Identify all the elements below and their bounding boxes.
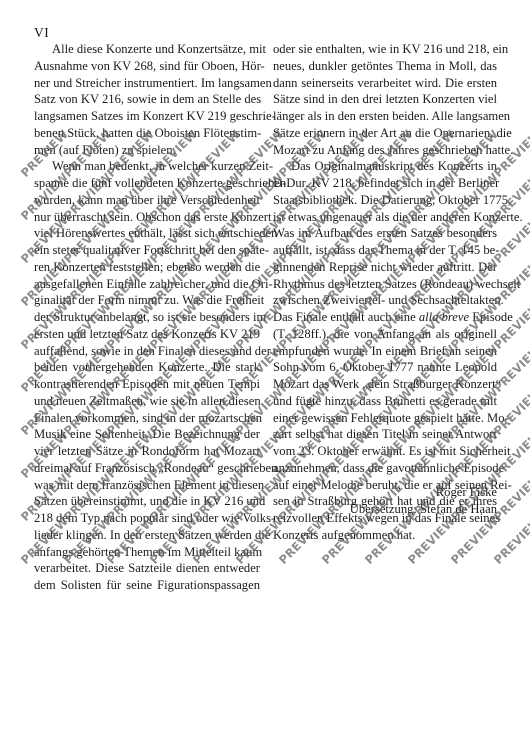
text-line: und fügte hinzu, dass Brunetti es gerade… <box>273 393 497 410</box>
text-line: spanne die fünf vollendeten Konzerte ges… <box>34 175 260 192</box>
text-line: der Struktur anbelangt, so ist sie beson… <box>34 309 260 326</box>
text-line: vier letzten Sätze in Rondoform hat Moza… <box>34 443 260 460</box>
text-line: 218 dem Typ nach populär sind oder wie V… <box>34 510 260 527</box>
text-line: und neuen Zeitmaßen, wie sie in allen di… <box>34 393 260 410</box>
text-line: Das Finale enthält auch eine alla breve … <box>273 309 497 326</box>
text-line: men (auf Flöten) zu spielen. <box>34 142 260 159</box>
text-line: Staatsbibliothek. Die Datierung, Oktober… <box>273 192 497 209</box>
text-line: nur überrascht sein. Obschon das erste K… <box>34 209 260 226</box>
text-line: Konzerts aufgenommen hat. <box>273 527 497 544</box>
text-line: Sohn vom 6. Oktober 1777 nannte Leopold <box>273 359 497 376</box>
text-line: Satz von KV 216, sowie in dem an Stelle … <box>34 91 260 108</box>
text-line: neues, dunkler getöntes Thema in Moll, d… <box>273 58 497 75</box>
text-line: anzunehmen, dass die gavottähnliche Epis… <box>273 460 497 477</box>
left-column: Alle diese Konzerte und Konzertsätze, mi… <box>34 41 260 594</box>
text-line: dem Solisten für seine Figurationspassag… <box>34 577 260 594</box>
page-number: VI <box>34 24 49 41</box>
text-line: beiden vorhergehenden Konzerte. Die star… <box>34 359 260 376</box>
text-line: dann seinerseits verarbeitet wird. Die e… <box>273 75 497 92</box>
text-line: D-Dur, KV 218, befindet sich in der Berl… <box>273 175 497 192</box>
text-line: Sätzen übereinstimmt, und die in KV 216 … <box>34 493 260 510</box>
text-line: ausgefallenen Einfälle zahlreicher, und … <box>34 276 260 293</box>
text-line: ersten und letzten Satz des Konzerts KV … <box>34 326 260 343</box>
text-line: Musik eine Seltenheit. Die Bezeichnung d… <box>34 426 260 443</box>
text-line: Wenn man bedenkt, in welcher kurzen Zeit… <box>34 158 260 175</box>
text-line: Was im Aufbau des ersten Satzes besonder… <box>273 225 497 242</box>
text-line: wurden, kann man über ihre Verschiedenhe… <box>34 192 260 209</box>
text-line: vom 23. Oktober erwähnt. Es ist mit Sich… <box>273 443 497 460</box>
text-line: Rhythmus des letzten Satzes (Rondeau) we… <box>273 276 497 293</box>
signature-block: Roger Fiske Übersetzung: Stefan de Haan <box>350 484 497 518</box>
text-line: (T. 128ff.), die von Anfang an als origi… <box>273 326 497 343</box>
text-line: lieder klingen. In den ersten Sätzen wer… <box>34 527 260 544</box>
text-line: Mozart das Werk „dein Straßburger Konzer… <box>273 376 497 393</box>
text-segment: Episode <box>469 310 513 324</box>
text-line: Sätze erinnern in der Art an die Opernar… <box>273 125 497 142</box>
text-line: ein steter qualitativer Fortschritt bei … <box>34 242 260 259</box>
text-line: langsamen Satzes im Konzert KV 219 gesch… <box>34 108 260 125</box>
text-line: verarbeitet. Diese Satzteile dienen entw… <box>34 560 260 577</box>
text-line: anfangs gehörten Themen im Mittelteil ka… <box>34 544 260 561</box>
text-line: länger als in den ersten beiden. Alle la… <box>273 108 497 125</box>
text-line: zart selbst hat diesen Titel in seiner A… <box>273 426 497 443</box>
text-line: Mozart zu Anfang des Jahres geschrieben … <box>273 142 497 159</box>
text-line: kontrastierenden Episoden mit neuen Temp… <box>34 376 260 393</box>
translator-credit: Übersetzung: Stefan de Haan <box>350 501 497 518</box>
text-line: auffallend, sowie in den Finalen dieses … <box>34 343 260 360</box>
text-line: Sätze sind in den drei letzten Konzerten… <box>273 91 497 108</box>
text-line: Ausnahme von KV 268, sind für Oboen, Hör… <box>34 58 260 75</box>
text-segment: Das Finale enthält auch eine <box>273 310 419 324</box>
author-name: Roger Fiske <box>350 484 497 501</box>
text-line: ner und Streicher instrumentiert. Im lan… <box>34 75 260 92</box>
text-line: zwischen Zweiviertel- und Sechsachteltak… <box>273 292 497 309</box>
text-line: was mit dem französischen Element in die… <box>34 477 260 494</box>
text-line: ren Konzerten feststellen; ebenso werden… <box>34 259 260 276</box>
text-line: dreimal auf Französisch „Rondeau“ geschr… <box>34 460 260 477</box>
text-line: auffällt, ist, dass das Thema in der T. … <box>273 242 497 259</box>
document-page: VI Alle diese Konzerte und Konzertsätze,… <box>0 0 530 750</box>
text-line: oder sie enthalten, wie in KV 216 und 21… <box>273 41 497 58</box>
text-line: Finalen vorkommen, sind in der mozartsch… <box>34 410 260 427</box>
text-line: einer gewissen Fehlerquote gespielt hätt… <box>273 410 497 427</box>
text-line: Das Originalmanuskript des Konzerts in <box>273 158 497 175</box>
text-line: ginnenden Reprise nicht wieder auftritt.… <box>273 259 497 276</box>
italic-term: alla breve <box>419 310 469 324</box>
text-line: ginalität der Form nimmt zu. Was die Fre… <box>34 292 260 309</box>
text-line: empfunden wurde. In einem Brief an seine… <box>273 343 497 360</box>
text-line: viel Hörenswertes enthält, lässt sich en… <box>34 225 260 242</box>
text-line: Alle diese Konzerte und Konzertsätze, mi… <box>34 41 260 58</box>
text-line: benen Stück, hatten die Oboisten Flötens… <box>34 125 260 142</box>
text-line: ist etwas ungenauer als die der anderen … <box>273 209 497 226</box>
right-column: oder sie enthalten, wie in KV 216 und 21… <box>273 41 497 544</box>
